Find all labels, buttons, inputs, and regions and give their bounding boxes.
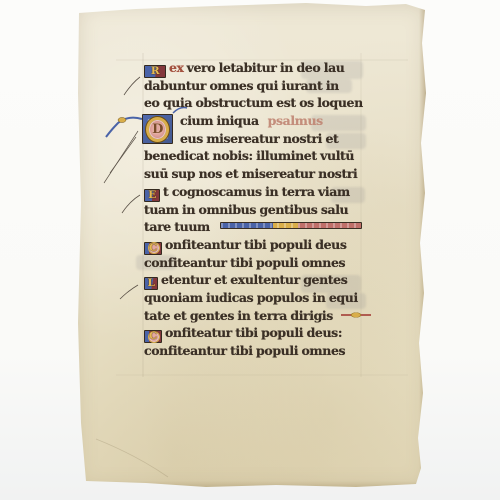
line-text: benedicat nobis: illuminet vultū (144, 148, 354, 163)
text-line: Letentur et exultentur gentes (144, 271, 364, 289)
line-text: onfiteantur tibi populi deus (165, 237, 347, 252)
line-text: dabuntur omnes qui iurant in (144, 78, 339, 93)
line-text: confiteantur tibi populi omnes (144, 343, 345, 358)
line-text: suū sup nos et misereatur nostri (144, 166, 357, 181)
text-line: suū sup nos et misereatur nostri (144, 165, 364, 183)
initial-letter: C (149, 243, 157, 254)
lead-letters: ex (169, 60, 184, 75)
text-line: Confiteatur tibi populi deus: (144, 324, 364, 342)
initial-letter: L (148, 278, 155, 289)
text-line: eo quia obstructum est os loquen (144, 94, 364, 112)
line-text: tate et gentes in terra dirigis (144, 308, 333, 323)
line-text: cium iniqua (180, 113, 259, 128)
photo-background: Rexvero letabitur in deo laudabuntur omn… (0, 0, 500, 500)
text-line: Rexvero letabitur in deo lau (144, 59, 364, 77)
initial-letter: C (149, 331, 157, 342)
rubric-label: psalmus (268, 113, 323, 128)
line-text: etentur et exultentur gentes (161, 272, 347, 287)
text-line: benedicat nobis: illuminet vultū (144, 147, 364, 165)
line-text: vero letabitur in deo lau (187, 60, 345, 75)
line-text: confiteantur tibi populi omnes (144, 255, 345, 270)
text-line: Confiteantur tibi populi deus (144, 236, 364, 254)
text-line: eus misereatur nostri et (144, 130, 364, 148)
line-filler-sprig (341, 311, 371, 319)
line-text: tuam in omnibus gentibus salu (144, 202, 348, 217)
initial-letter: E (148, 190, 156, 201)
text-line: confiteantur tibi populi omnes (144, 254, 364, 272)
manuscript-leaf: Rexvero letabitur in deo laudabuntur omn… (76, 3, 428, 489)
line-text: eus misereatur nostri et (180, 131, 338, 146)
text-line: confiteantur tibi populi omnes (144, 342, 364, 360)
line-filler-bar (220, 222, 362, 229)
text-line: Et cognoscamus in terra viam (144, 183, 364, 201)
text-line: tate et gentes in terra dirigis (144, 307, 364, 325)
illuminated-initial: D (142, 114, 173, 144)
line-text: quoniam iudicas populos in equi (144, 290, 358, 305)
text-line: quoniam iudicas populos in equi (144, 289, 364, 307)
initial-letter: R (151, 66, 159, 77)
text-line: dabuntur omnes qui iurant in (144, 77, 364, 95)
text-line: Dcium iniquapsalmus (144, 112, 364, 130)
line-text: tare tuum (144, 219, 210, 234)
text-line: tuam in omnibus gentibus salu (144, 201, 364, 219)
line-text: eo quia obstructum est os loquen (144, 95, 363, 110)
text-line: tare tuum (144, 218, 364, 236)
line-text: t cognoscamus in terra viam (163, 184, 350, 199)
initial-letter: D (152, 123, 163, 136)
line-text: onfiteatur tibi populi deus: (165, 325, 342, 340)
text-block: Rexvero letabitur in deo laudabuntur omn… (144, 59, 364, 360)
